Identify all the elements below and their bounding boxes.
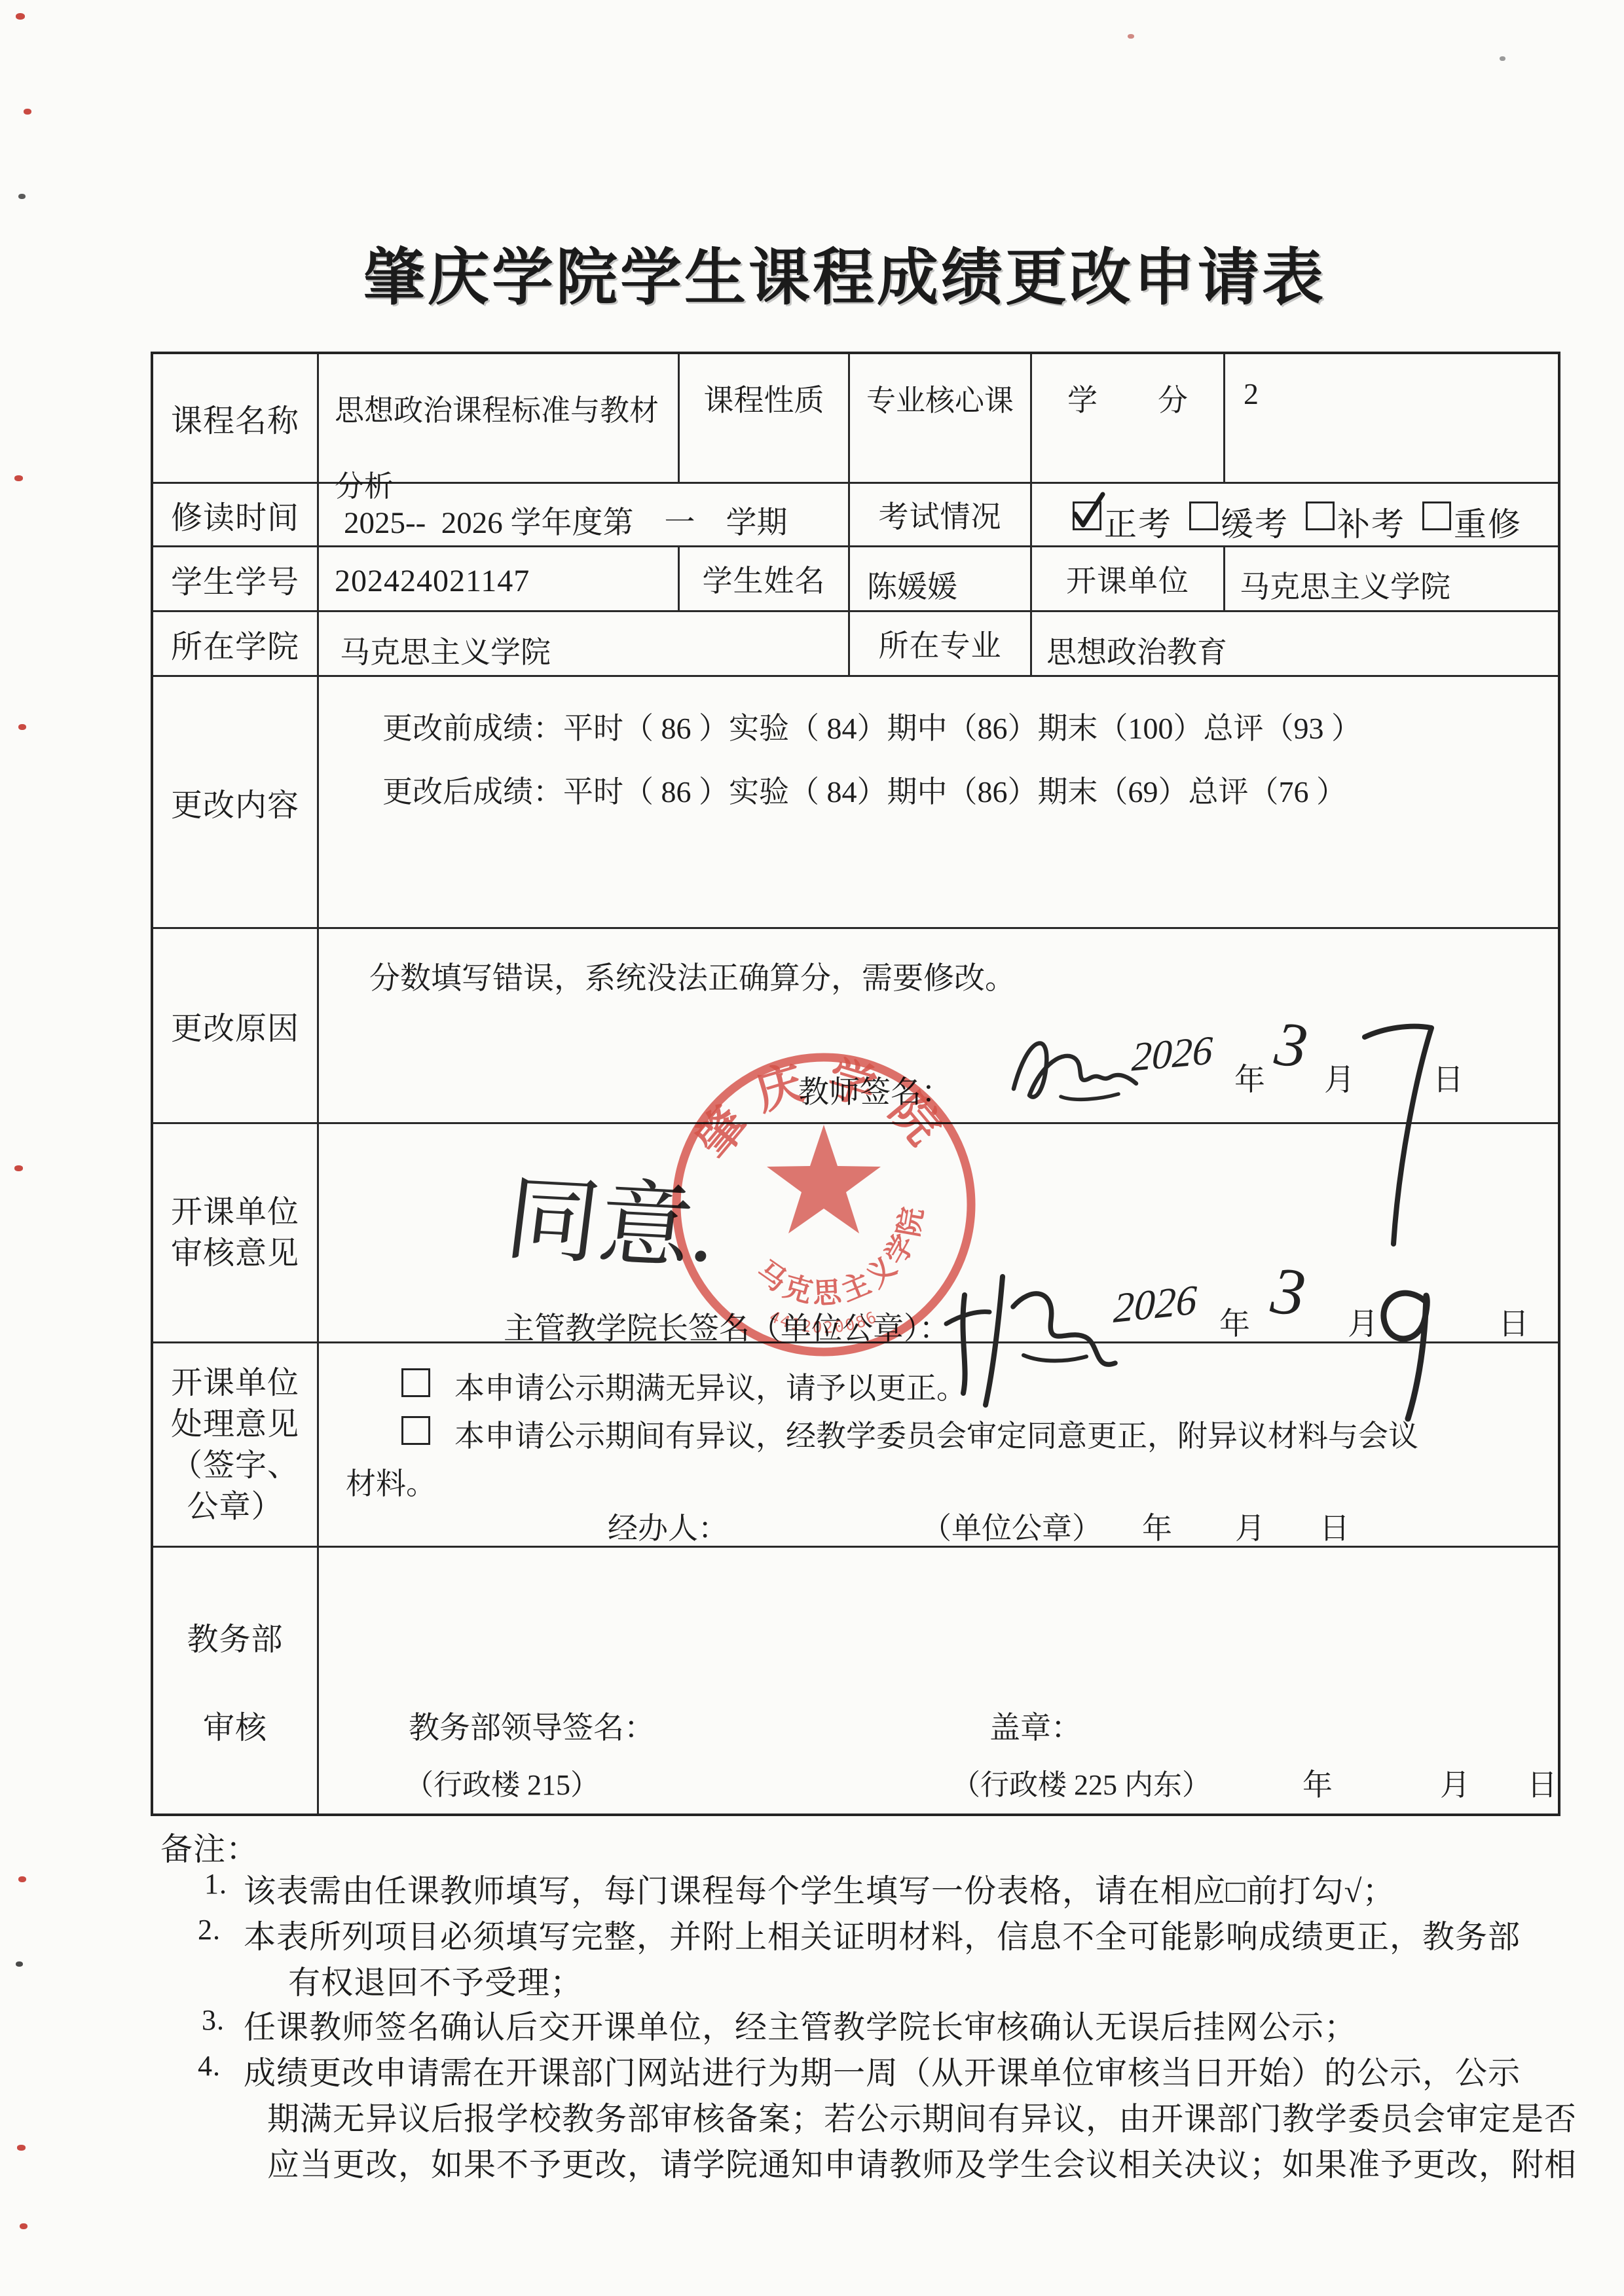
grades-after-line: 更改后成绩：平时（ 86 ）实验（ 84）期中（86）期末（69）总评（76 ） xyxy=(382,768,1346,811)
course-name-value: 思想政治课程标准与教材分析 xyxy=(319,354,680,484)
academic-review-label-line2: 审核 xyxy=(187,1702,283,1747)
note-2-num: 2. xyxy=(198,1913,221,1946)
month-char: 月 xyxy=(1440,1761,1470,1804)
grades-before-line: 更改前成绩：平时（ 86 ）实验（ 84）期中（86）期末（100）总评（93 … xyxy=(382,704,1361,748)
leader-sign-label: 教务部领导签名： xyxy=(409,1704,655,1747)
credit-label: 学 分 xyxy=(1032,354,1225,484)
unit-decision-label-line2: 处理意见 xyxy=(171,1404,299,1445)
page-title: 肇庆学院学生课程成绩更改申请表 xyxy=(65,228,1624,316)
scan-artifact xyxy=(18,1876,26,1882)
unit-review-label: 开课单位审核意见 xyxy=(153,1124,319,1343)
college-label: 所在学院 xyxy=(153,612,319,677)
academic-review-label: 教务部 审核 xyxy=(153,1548,319,1813)
checkbox-icon xyxy=(401,1368,430,1397)
major-value: 思想政治教育 xyxy=(1032,612,1558,677)
exam-status-label: 考试情况 xyxy=(850,484,1032,547)
note-1-text: 该表需由任课教师填写，每门课程每个学生填写一份表格，请在相应□前打勾√； xyxy=(244,1866,1395,1912)
course-nature-label: 课程性质 xyxy=(680,354,850,484)
scan-artifact xyxy=(1128,34,1134,39)
seal-serial-number: 4412020086 xyxy=(767,1307,881,1337)
leader-location: （行政楼 215） xyxy=(405,1761,599,1803)
checkbox-icon xyxy=(1189,501,1218,530)
note-4-text-line3: 应当更改，如果不予更改，请学院通知申请教师及学生会议相关决议；如果准予更改，附相 xyxy=(267,2140,1577,2185)
svg-text:4412020086: 4412020086 xyxy=(767,1307,881,1337)
academic-review-cell: 教务部领导签名： 盖章： （行政楼 215） （行政楼 225 内东） 年 月 … xyxy=(319,1548,1558,1813)
teacher-date-year-hand: 2026 xyxy=(1131,1027,1213,1081)
year-char: 年 xyxy=(1142,1504,1172,1548)
study-time-label: 修读时间 xyxy=(153,484,319,547)
note-2-text-line1: 本表所列项目必须填写完整，并附上相关证明材料，信息不全可能影响成绩更正，教务部 xyxy=(244,1912,1521,1958)
academic-review-label-line1: 教务部 xyxy=(187,1614,283,1659)
credit-value: 2 xyxy=(1225,354,1558,484)
change-content-cell: 更改前成绩：平时（ 86 ）实验（ 84）期中（86）期末（100）总评（93 … xyxy=(319,677,1558,929)
unit-decision-label: 开课单位 处理意见 （签字、 公章） xyxy=(153,1343,319,1548)
agent-label: 经办人： xyxy=(608,1504,728,1548)
day-char: 日 xyxy=(1319,1504,1350,1548)
scan-artifact xyxy=(18,724,26,730)
unit-review-label-line1: 开课单位 xyxy=(171,1192,299,1233)
dean-date-day-hand-nine xyxy=(1369,1280,1447,1430)
exam-option-label: 缓考 xyxy=(1221,498,1289,545)
teacher-date-month-char: 月 xyxy=(1324,1055,1355,1099)
department-seal-stamp: 肇庆学院 马克思主义学院 4412020086 xyxy=(668,1046,982,1368)
teacher-date-year-char: 年 xyxy=(1234,1055,1265,1099)
change-reason-label: 更改原因 xyxy=(153,929,319,1124)
scan-artifact xyxy=(16,1961,23,1967)
unit-review-label-line2: 审核意见 xyxy=(171,1233,299,1274)
seal-star-icon xyxy=(767,1125,881,1233)
teacher-signature-scribble xyxy=(1002,1018,1143,1123)
notes-label: 备注： xyxy=(160,1824,259,1870)
student-id-label: 学生学号 xyxy=(153,547,319,612)
unit-decision-label-line4: 公章） xyxy=(171,1486,299,1527)
dean-date-year-hand: 2026 xyxy=(1113,1275,1198,1333)
check-mark-icon xyxy=(1070,489,1108,532)
student-name-value: 陈媛媛 xyxy=(850,547,1032,612)
dean-date-day-char: 日 xyxy=(1498,1300,1529,1343)
unit-decision-label-line3: （签字、 xyxy=(171,1445,299,1486)
study-time-text: 2025-- 2026 学年度第 一 学期 xyxy=(344,498,788,542)
scan-artifact xyxy=(20,2223,28,2229)
note-4-text-line2: 期满无异议后报学校教务部审核备案；若公示期间有异议，由开课部门教学委员会审定是否 xyxy=(267,2094,1577,2140)
day-char: 日 xyxy=(1527,1761,1557,1804)
study-time-value: 2025-- 2026 学年度第 一 学期 xyxy=(319,484,850,547)
note-1-num: 1. xyxy=(204,1867,227,1901)
scan-artifact xyxy=(14,475,23,481)
scan-artifact xyxy=(24,109,31,115)
note-3-text: 任课教师签名确认后交开课单位，经主管教学院长审核确认无误后挂网公示； xyxy=(244,2002,1357,2048)
note-3-num: 3. xyxy=(202,2003,225,2037)
scan-artifact xyxy=(18,194,26,199)
note-4-text-line1: 成绩更改申请需在开课部门网站进行为期一周（从开课单位审核当日开始）的公示，公示 xyxy=(244,2048,1521,2094)
student-id-value: 202424021147 xyxy=(319,547,680,612)
course-nature-value: 专业核心课 xyxy=(850,354,1032,484)
checkbox-icon xyxy=(1422,501,1451,530)
decision-option2-line1: 本申请公示期间有异议，经教学委员会审定同意更正，附异议材料与会议 xyxy=(454,1412,1418,1455)
dean-date-year-char: 年 xyxy=(1219,1300,1250,1343)
decision-option1-text: 本申请公示期满无异议，请予以更正。 xyxy=(454,1364,967,1408)
exam-option-label: 补考 xyxy=(1337,498,1405,545)
scan-artifact xyxy=(17,2145,26,2151)
month-char: 月 xyxy=(1235,1504,1265,1548)
offering-unit-label: 开课单位 xyxy=(1032,547,1225,612)
unit-seal-placeholder-label: （单位公章） xyxy=(921,1504,1102,1548)
teacher-date-day-char: 日 xyxy=(1433,1055,1464,1099)
major-label: 所在专业 xyxy=(850,612,1032,677)
note-4-num: 4. xyxy=(198,2049,221,2083)
unit-decision-label-line1: 开课单位 xyxy=(171,1362,299,1404)
exam-status-options: 正考 缓考 补考 重修 xyxy=(1032,484,1558,547)
teacher-date-day-hand-seven xyxy=(1356,1013,1447,1256)
college-value: 马克思主义学院 xyxy=(319,612,850,677)
student-name-label: 学生姓名 xyxy=(680,547,850,612)
checkbox-icon xyxy=(1306,501,1335,530)
note-2-text-line2: 有权退回不予受理； xyxy=(288,1958,583,2003)
checkbox-icon xyxy=(401,1416,430,1445)
scan-artifact xyxy=(1500,56,1505,61)
scan-artifact xyxy=(16,13,25,20)
exam-option-label: 正考 xyxy=(1104,498,1172,545)
scan-artifact xyxy=(14,1165,23,1171)
exam-option-label: 重修 xyxy=(1454,498,1522,545)
seal-label: 盖章： xyxy=(989,1704,1082,1747)
seal-location: （行政楼 225 内东） xyxy=(951,1761,1211,1803)
change-reason-text: 分数填写错误，系统没法正确算分，需要修改。 xyxy=(369,954,1016,998)
decision-option2-line2: 材料。 xyxy=(346,1460,436,1503)
course-name-label: 课程名称 xyxy=(153,354,319,484)
offering-unit-value: 马克思主义学院 xyxy=(1225,547,1558,612)
change-content-label: 更改内容 xyxy=(153,677,319,929)
year-char: 年 xyxy=(1302,1761,1333,1804)
